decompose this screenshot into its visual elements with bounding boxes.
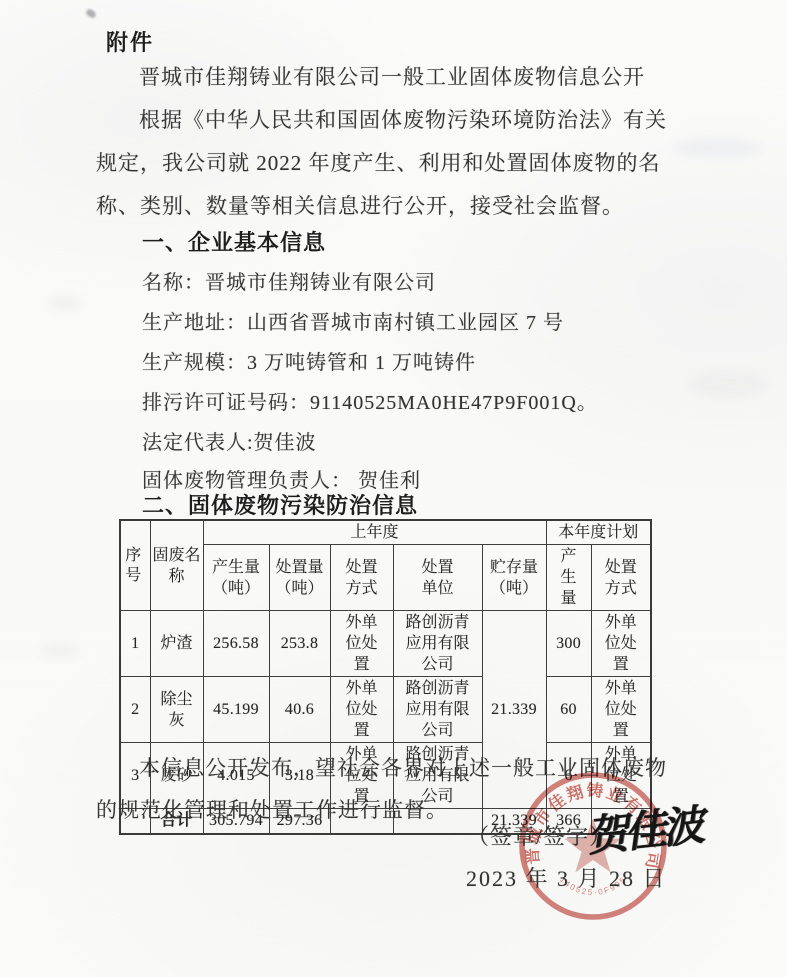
document-title: 晋城市佳翔铸业有限公司一般工业固体废物信息公开 <box>139 61 645 91</box>
col-header-method: 处置方式 <box>330 545 393 611</box>
col-header-disposed: 处置量（吨） <box>269 545 330 611</box>
scan-artifact <box>85 8 97 19</box>
cell-disposed: 253.8 <box>269 611 330 677</box>
intro-line-1: 根据《中华人民共和国固体废物污染环境防治法》有关 <box>139 104 667 134</box>
cell-produced: 256.58 <box>203 611 269 677</box>
info-line-address: 生产地址：山西省晋城市南村镇工业园区 7 号 <box>142 306 564 335</box>
cell-unit: 路创沥青应用有限公司 <box>393 677 482 743</box>
intro-line-2: 规定，我公司就 2022 年度产生、利用和处置固体废物的名 <box>96 147 661 177</box>
cell-waste-name: 除尘灰 <box>150 677 203 743</box>
cell-plan-produce: 60 <box>546 677 591 743</box>
section-heading-basic-info: 一、企业基本信息 <box>142 226 326 257</box>
col-header-waste-name: 固废名称 <box>150 520 203 611</box>
intro-line-3: 称、类别、数量等相关信息进行公开，接受社会监督。 <box>96 190 624 220</box>
cell-unit: 路创沥青应用有限公司 <box>393 611 482 677</box>
col-group-this-year-plan: 本年度计划 <box>546 520 651 545</box>
col-header-stored: 贮存量（吨） <box>482 545 546 611</box>
scan-artifact <box>40 642 80 658</box>
scan-artifact <box>48 296 82 310</box>
cell-plan-produce: 300 <box>546 611 591 677</box>
scanned-document-page: { "doc": { "attachment_label": "附件", "ti… <box>0 0 787 977</box>
cell-seq: 2 <box>120 677 150 743</box>
closing-line-2: 的规范化管理和处置工作进行监督。 <box>96 794 448 824</box>
section-heading-waste-info: 二、固体废物污染防治信息 <box>142 489 418 520</box>
info-line-legal-representative: 法定代表人:贺佳波 <box>142 426 317 455</box>
cell-method: 外单位处置 <box>330 677 393 743</box>
col-header-plan-produce: 产生量 <box>546 545 591 611</box>
handwritten-signature: 贺佳波 <box>586 791 708 864</box>
col-header-plan-method: 处置方式 <box>591 545 651 611</box>
cell-plan-method: 外单位处置 <box>591 611 651 677</box>
scan-artifact <box>688 372 768 398</box>
info-line-scale: 生产规模：3 万吨铸管和 1 万吨铸件 <box>142 346 476 375</box>
cell-waste-name: 炉渣 <box>150 611 203 677</box>
col-header-seq: 序号 <box>120 520 150 611</box>
col-group-last-year: 上年度 <box>203 520 546 545</box>
cell-disposed: 40.6 <box>269 677 330 743</box>
cell-method: 外单位处置 <box>330 611 393 677</box>
table-row-slag: 1 炉渣 256.58 253.8 外单位处置 路创沥青应用有限公司 21.33… <box>120 611 651 677</box>
table-header-group-row: 序号 固废名称 上年度 本年度计划 <box>120 520 651 545</box>
scan-artifact <box>672 138 762 158</box>
date-line: 2023 年 3 月 28 日 <box>466 862 667 893</box>
cell-seq: 1 <box>120 611 150 677</box>
cell-plan-method: 外单位处置 <box>591 677 651 743</box>
col-header-unit: 处置单位 <box>393 545 482 611</box>
info-line-company-name: 名称：晋城市佳翔铸业有限公司 <box>142 266 436 295</box>
attachment-label: 附件 <box>106 26 154 57</box>
cell-produced: 45.199 <box>203 677 269 743</box>
info-line-permit-number: 排污许可证号码：91140525MA0HE47P9F001Q。 <box>142 386 598 415</box>
col-header-produced: 产生量（吨） <box>203 545 269 611</box>
table-row-dust: 2 除尘灰 45.199 40.6 外单位处置 路创沥青应用有限公司 60 外单… <box>120 677 651 743</box>
